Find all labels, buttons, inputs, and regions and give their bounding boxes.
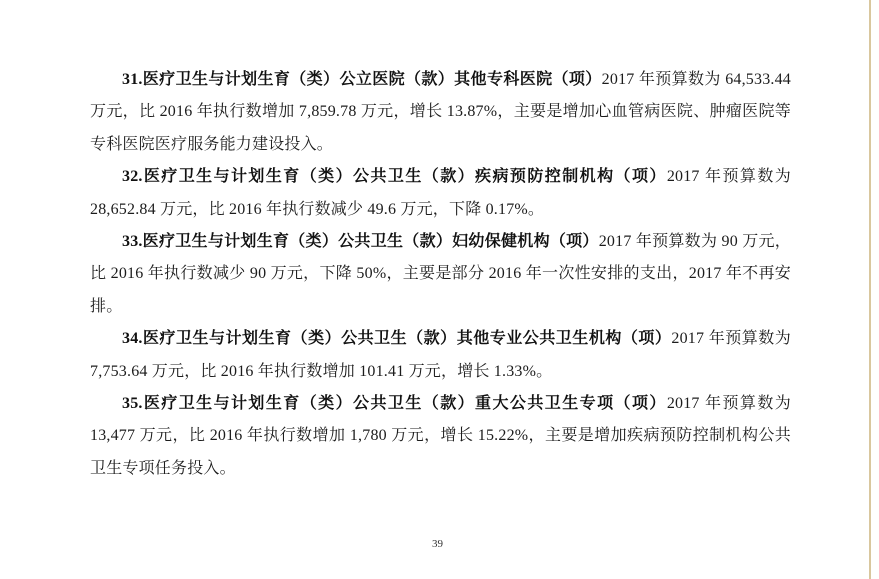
page-edge-line [869,0,871,579]
budget-item-34-paragraph: 34.医疗卫生与计划生育（类）公共卫生（款）其他专业公共卫生机构（项）2017 … [90,323,791,388]
budget-item-31-paragraph: 31.医疗卫生与计划生育（类）公立医院（款）其他专科医院（项）2017 年预算数… [90,64,791,161]
budget-item-35-heading: 35.医疗卫生与计划生育（类）公共卫生（款）重大公共卫生专项（项） [122,395,667,412]
budget-item-34-heading: 34.医疗卫生与计划生育（类）公共卫生（款）其他专业公共卫生机构（项） [122,330,671,347]
text-content: 31.医疗卫生与计划生育（类）公立医院（款）其他专科医院（项）2017 年预算数… [90,64,791,485]
budget-item-33-paragraph: 33.医疗卫生与计划生育（类）公共卫生（款）妇幼保健机构（项）2017 年预算数… [90,226,791,323]
document-page: 31.医疗卫生与计划生育（类）公立医院（款）其他专科医院（项）2017 年预算数… [0,0,879,579]
budget-item-31-heading: 31.医疗卫生与计划生育（类）公立医院（款）其他专科医院（项） [122,71,602,88]
budget-item-32-heading: 32.医疗卫生与计划生育（类）公共卫生（款）疾病预防控制机构（项） [122,168,667,185]
budget-item-35-paragraph: 35.医疗卫生与计划生育（类）公共卫生（款）重大公共卫生专项（项）2017 年预… [90,388,791,485]
page-number: 39 [0,538,875,550]
budget-item-32-paragraph: 32.医疗卫生与计划生育（类）公共卫生（款）疾病预防控制机构（项）2017 年预… [90,161,791,226]
budget-item-33-heading: 33.医疗卫生与计划生育（类）公共卫生（款）妇幼保健机构（项） [122,233,599,250]
